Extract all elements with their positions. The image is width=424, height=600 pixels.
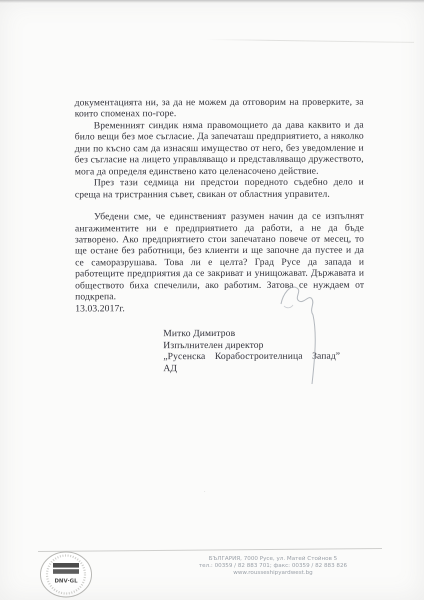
scanned-letter-page: { "letter": { "paragraphs": [ "документа… <box>0 0 424 600</box>
scan-speck: · <box>204 491 207 494</box>
paragraph-sedmitsa: През тази седмица ни предстои поредното … <box>75 177 364 201</box>
paragraph-sindik: Временният синдик няма правомощието да д… <box>75 120 364 178</box>
seal-label: DNV·GL <box>54 579 78 585</box>
footer-contact-block: БЪЛГАРИЯ, 7000 Русе, ул. Матей Стойнов 5… <box>178 556 368 577</box>
signature-block: Митко Димитров Изпълнителен директор „Ру… <box>163 328 364 374</box>
scan-crease-line <box>206 39 414 43</box>
letter-body: документацията ни, за да не можем да отг… <box>75 97 365 375</box>
date-line: 13.03.2017г. <box>75 302 364 314</box>
signer-name: Митко Димитров <box>163 328 364 340</box>
paragraph-continuation: документацията ни, за да не можем да отг… <box>75 97 364 121</box>
signer-company: „Русенска Корабостроителница Запад” <box>163 351 364 363</box>
dnv-gl-certification-seal: DNV·GL <box>38 551 96 600</box>
footer-phone-fax: тел.: 00359 / 82 883 701; факс: 00359 / … <box>178 563 368 570</box>
signer-title: Изпълнителен директор <box>163 339 364 351</box>
scan-top-edge <box>0 0 424 3</box>
footer-address: БЪЛГАРИЯ, 7000 Русе, ул. Матей Стойнов 5 <box>178 556 368 563</box>
footer-website: www.rousseshipyardwest.bg <box>178 570 368 577</box>
signer-company-suffix: АД <box>163 362 364 374</box>
paragraph-ubedeni: Убедени сме, че единственият разумен нач… <box>75 211 364 303</box>
